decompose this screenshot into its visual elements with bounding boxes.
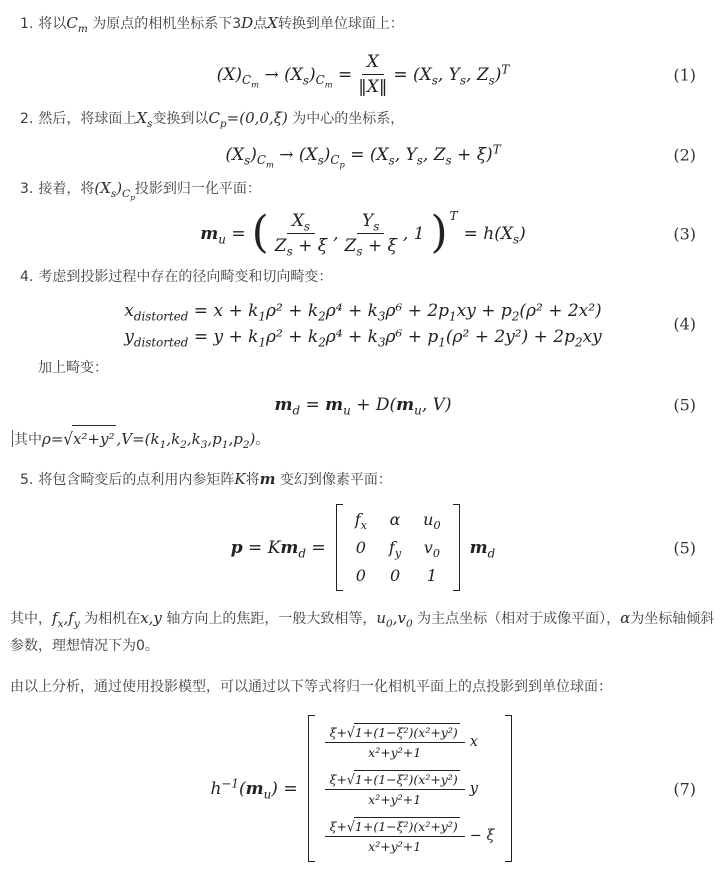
eq3-rhs: = h(Xs) (464, 224, 526, 244)
matrix-cell: 1 (427, 566, 437, 585)
equation-4-body: xdistorted = x + k1ρ² + k2ρ⁴ + k3ρ⁶ + 2p… (124, 301, 602, 347)
list-text-3: 接着，将(Xs)Cp投影到归一化平面： (38, 177, 718, 201)
equation-number-4: (4) (673, 315, 696, 334)
equation-3-body: mu = ( Xs Zs + ξ , Ys Zs + ξ , 1 ) T = h… (200, 211, 526, 256)
fraction-numerator: ξ+√1+(1−ξ²)(x²+y²) (325, 817, 465, 837)
list-marker-1: 1. (20, 13, 33, 36)
equation-1: (X)Cm → (Xs)Cm = X ‖X‖ = (Xs, Ys, Zs)T (… (8, 52, 718, 97)
eq2-expression: (Xs)Cm → (Xs)Cp = (Xs, Ys, Zs + ξ)T (225, 145, 500, 165)
bracket-right (505, 715, 512, 862)
eq7-lead: h−1(mu) = (210, 779, 297, 799)
matrix-cell: 0 (356, 538, 366, 557)
equation-number-3: (3) (673, 224, 696, 243)
fraction-denominator: Zs + ξ (345, 234, 397, 256)
eq1-rhs: = (Xs, Ys, Zs)T (393, 65, 509, 85)
vector-row: ξ+√1+(1−ξ²)(x²+y²) x²+y²+1 y (325, 770, 495, 807)
row-factor: y (470, 781, 478, 797)
equation-number-2: (2) (673, 146, 696, 165)
eq6-lead: p = Kmd = (231, 538, 326, 558)
eq5-expression: md = mu + D(mu, V) (274, 395, 451, 415)
list-item-3: 3. 接着，将(Xs)Cp投影到归一化平面： (8, 177, 718, 201)
equation-1-body: (X)Cm → (Xs)Cm = X ‖X‖ = (Xs, Ys, Zs)T (217, 52, 510, 97)
fraction-denominator: x²+y²+1 (368, 837, 421, 854)
equation-number-6: (5) (673, 538, 696, 557)
vector-row: ξ+√1+(1−ξ²)(x²+y²) x²+y²+1 − ξ (325, 817, 495, 854)
eq1-lhs: (X)Cm → (Xs)Cm = (217, 65, 353, 85)
eq3-separator: , (333, 224, 338, 244)
fraction: ξ+√1+(1−ξ²)(x²+y²) x²+y²+1 (325, 817, 465, 854)
list-marker-5: 5. (20, 469, 33, 492)
list-text-4: 考虑到投影过程中存在的径向畸变和切向畸变： (38, 266, 718, 289)
where-note-text: 其中ρ=√x²+y²,V=(k1,k2,k3,p1,p2)。 (14, 425, 269, 452)
equation-number-5: (5) (673, 396, 696, 415)
paragraph-projection: 由以上分析，通过使用投影模型，可以通过以下等式将归一化相机平面上的点投影到到单位… (10, 674, 716, 701)
fraction-denominator: ‖X‖ (358, 75, 387, 97)
list-text-2: 然后，将球面上Xs变换到以Cp=(0,0,ξ) 为中心的坐标系， (38, 107, 718, 131)
bracket-left (336, 504, 343, 591)
list-text-5: 将包含畸变后的点利用内参矩阵K将m 变幻到像素平面： (38, 468, 718, 492)
matrix-cell: 0 (356, 566, 366, 585)
vector-row: ξ+√1+(1−ξ²)(x²+y²) x²+y²+1 x (325, 723, 495, 760)
fraction: ξ+√1+(1−ξ²)(x²+y²) x²+y²+1 (325, 770, 465, 807)
paragraph-intrinsics: 其中，fx,fy 为相机在x,y 轴方向上的焦距，一般大致相等，u0,v0 为主… (10, 605, 716, 660)
vector-grid: ξ+√1+(1−ξ²)(x²+y²) x²+y²+1 x ξ+√1+(1−ξ²)… (315, 715, 505, 862)
row-factor: − ξ (470, 828, 495, 844)
fraction: X ‖X‖ (358, 52, 387, 97)
list-text-1: 将以Cm 为原点的相机坐标系下3D点X转换到单位球面上： (38, 12, 718, 36)
text-cursor (12, 430, 13, 447)
equation-6-body: p = Kmd = fx α u0 0 fy v0 0 0 1 md (231, 504, 495, 591)
matrix-cell: v0 (424, 538, 440, 557)
intrinsic-matrix: fx α u0 0 fy v0 0 0 1 (336, 504, 460, 591)
equation-2: (Xs)Cm → (Xs)Cp = (Xs, Ys, Zs + ξ)T (2) (8, 145, 718, 165)
equation-5: md = mu + D(mu, V) (5) (8, 395, 718, 415)
list-item-4: 4. 考虑到投影过程中存在的径向畸变和切向畸变： (8, 266, 718, 289)
fraction-denominator: x²+y²+1 (368, 790, 421, 807)
matrix-cell: α (390, 510, 401, 529)
list-item-5: 5. 将包含畸变后的点利用内参矩阵K将m 变幻到像素平面： (8, 468, 718, 492)
fraction-denominator: Zs + ξ (275, 234, 327, 256)
where-note: 其中ρ=√x²+y²,V=(k1,k2,k3,p1,p2)。 (12, 425, 718, 452)
eq4-line-x: xdistorted = x + k1ρ² + k2ρ⁴ + k3ρ⁶ + 2p… (124, 301, 601, 321)
unprojection-vector: ξ+√1+(1−ξ²)(x²+y²) x²+y²+1 x ξ+√1+(1−ξ²)… (308, 715, 512, 862)
list-item-1: 1. 将以Cm 为原点的相机坐标系下3D点X转换到单位球面上： (8, 12, 718, 36)
add-distortion-label: 加上畸变： (38, 357, 718, 379)
equation-number-1: (1) (673, 65, 696, 84)
bracket-right (453, 504, 460, 591)
equation-4: xdistorted = x + k1ρ² + k2ρ⁴ + k3ρ⁶ + 2p… (8, 301, 718, 347)
fraction-numerator: Xs (287, 211, 315, 234)
matrix-cell: u0 (423, 510, 440, 529)
matrix-cell: fx (355, 510, 367, 529)
equation-2-body: (Xs)Cm → (Xs)Cp = (Xs, Ys, Zs + ξ)T (225, 145, 500, 165)
fraction-numerator: Ys (357, 211, 384, 234)
list-item-2: 2. 然后，将球面上Xs变换到以Cp=(0,0,ξ) 为中心的坐标系， (8, 107, 718, 131)
eq6-tail: md (470, 538, 496, 558)
fraction-denominator: x²+y²+1 (368, 743, 421, 760)
fraction: ξ+√1+(1−ξ²)(x²+y²) x²+y²+1 (325, 723, 465, 760)
fraction-numerator: X (362, 52, 384, 75)
transpose-superscript: T (450, 209, 458, 223)
equation-5-body: md = mu + D(mu, V) (274, 395, 451, 415)
fraction: Xs Zs + ξ (275, 211, 327, 256)
row-factor: x (470, 734, 478, 750)
eq4-line-y: ydistorted = y + k1ρ² + k2ρ⁴ + k3ρ⁶ + p1… (124, 327, 602, 347)
fraction-numerator: ξ+√1+(1−ξ²)(x²+y²) (325, 723, 465, 743)
list-marker-4: 4. (20, 266, 33, 289)
eq4-lines: xdistorted = x + k1ρ² + k2ρ⁴ + k3ρ⁶ + 2p… (124, 301, 602, 347)
matrix-cell: fy (389, 538, 401, 557)
eq3-lead: mu = (200, 224, 245, 244)
list-marker-3: 3. (20, 178, 33, 201)
list-marker-2: 2. (20, 108, 33, 131)
equation-3: mu = ( Xs Zs + ξ , Ys Zs + ξ , 1 ) T = h… (8, 211, 718, 256)
fraction: Ys Zs + ξ (345, 211, 397, 256)
fraction-numerator: ξ+√1+(1−ξ²)(x²+y²) (325, 770, 465, 790)
bracket-left (308, 715, 315, 862)
equation-7-body: h−1(mu) = ξ+√1+(1−ξ²)(x²+y²) x²+y²+1 x ξ… (210, 715, 515, 862)
equation-number-7: (7) (673, 779, 696, 798)
document: 1. 将以Cm 为原点的相机坐标系下3D点X转换到单位球面上： (X)Cm → … (0, 0, 728, 874)
eq3-tail: , 1 (403, 224, 425, 244)
matrix-cell: 0 (390, 566, 400, 585)
matrix-grid: fx α u0 0 fy v0 0 0 1 (343, 504, 453, 591)
equation-6: p = Kmd = fx α u0 0 fy v0 0 0 1 md (5) (8, 504, 718, 591)
equation-7: h−1(mu) = ξ+√1+(1−ξ²)(x²+y²) x²+y²+1 x ξ… (8, 715, 718, 862)
